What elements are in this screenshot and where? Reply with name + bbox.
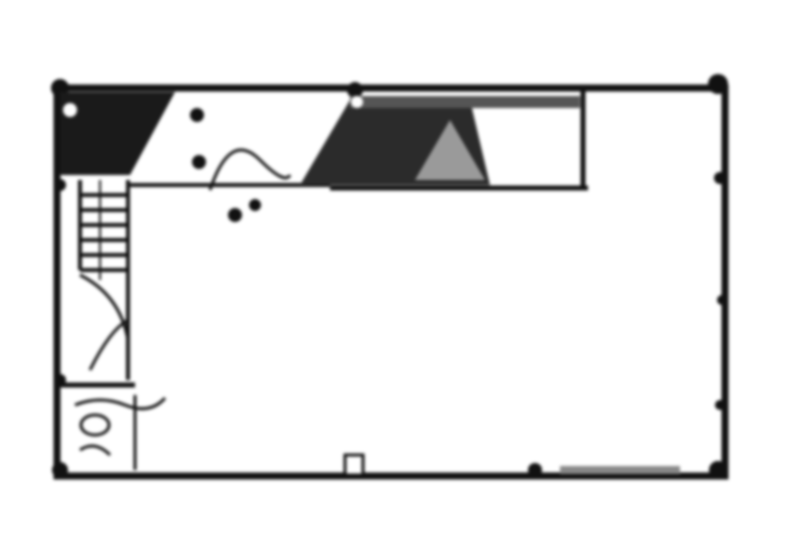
bottom-wall-door — [345, 455, 680, 475]
left-lower-room — [60, 275, 135, 385]
top-hatched-room — [300, 96, 580, 185]
bottom-left-bathroom — [75, 395, 165, 470]
top-left-dark-room — [60, 92, 175, 175]
floor-plan — [0, 0, 787, 540]
top-middle-room — [130, 110, 330, 220]
